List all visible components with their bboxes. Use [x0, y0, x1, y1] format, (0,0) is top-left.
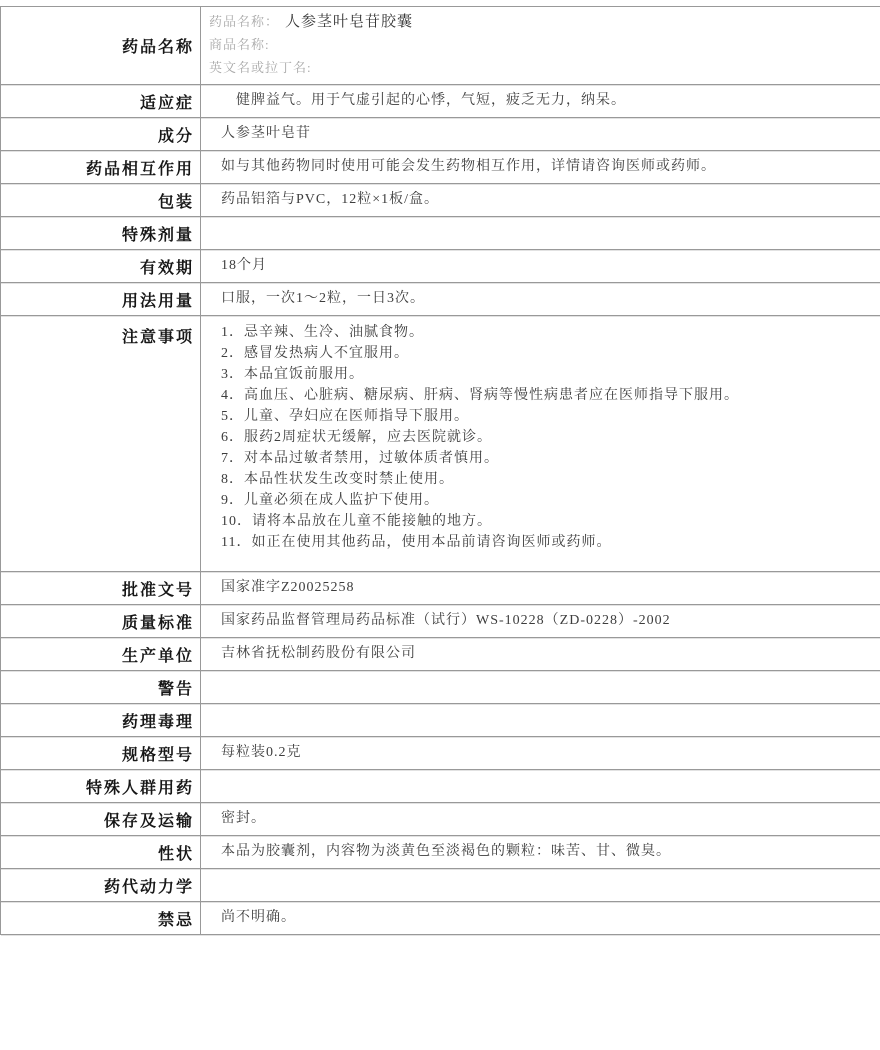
- value-description: 本品为胶囊剂，内容物为淡黄色至淡褐色的颗粒：味苦、甘、微臭。: [201, 836, 880, 869]
- table-row-manufacturer: 生产单位 吉林省抚松制药股份有限公司: [1, 638, 880, 671]
- precaution-item: 4．高血压、心脏病、糖尿病、肝病、肾病等慢性病患者应在医师指导下服用。: [221, 385, 870, 406]
- value-drug-name: 药品名称：人参茎叶皂苷胶囊 商品名称: 英文名或拉丁名:: [201, 7, 880, 85]
- label-precautions: 注意事项: [1, 316, 201, 572]
- value-pharmacokinetics: [201, 869, 880, 902]
- label-quality-standard: 质量标准: [1, 605, 201, 638]
- precaution-item: 6．服药2周症状无缓解，应去医院就诊。: [221, 427, 870, 448]
- english-name-field-label: 英文名或拉丁名:: [209, 60, 312, 75]
- label-pharmacokinetics: 药代动力学: [1, 869, 201, 902]
- english-name-line: 英文名或拉丁名:: [209, 57, 870, 80]
- label-approval-number: 批准文号: [1, 572, 201, 605]
- value-quality-standard: 国家药品监督管理局药品标准（试行）WS-10228（ZD-0228）-2002: [201, 605, 880, 638]
- label-contraindications: 禁忌: [1, 902, 201, 935]
- table-row-special-dosage: 特殊剂量: [1, 217, 880, 250]
- table-row-indications: 适应症 健脾益气。用于气虚引起的心悸，气短，疲乏无力，纳呆。: [1, 85, 880, 118]
- precaution-item: 11．如正在使用其他药品，使用本品前请咨询医师或药师。: [221, 532, 870, 553]
- precaution-item: 7．对本品过敏者禁用，过敏体质者慎用。: [221, 448, 870, 469]
- label-pharmacology: 药理毒理: [1, 704, 201, 737]
- label-warnings: 警告: [1, 671, 201, 704]
- table-row-pharmacokinetics: 药代动力学: [1, 869, 880, 902]
- table-row-warnings: 警告: [1, 671, 880, 704]
- table-row-pharmacology: 药理毒理: [1, 704, 880, 737]
- value-precautions: 1．忌辛辣、生冷、油腻食物。 2．感冒发热病人不宜服用。 3．本品宜饭前服用。 …: [201, 316, 880, 572]
- table-row-precautions: 注意事项 1．忌辛辣、生冷、油腻食物。 2．感冒发热病人不宜服用。 3．本品宜饭…: [1, 316, 880, 572]
- precaution-item: 9．儿童必须在成人监护下使用。: [221, 490, 870, 511]
- precaution-item: 5．儿童、孕妇应在医师指导下服用。: [221, 406, 870, 427]
- label-specification: 规格型号: [1, 737, 201, 770]
- table-row-approval-number: 批准文号 国家准字Z20025258: [1, 572, 880, 605]
- value-interactions: 如与其他药物同时使用可能会发生药物相互作用，详情请咨询医师或药师。: [201, 151, 880, 184]
- value-special-populations: [201, 770, 880, 803]
- label-dosage: 用法用量: [1, 283, 201, 316]
- value-warnings: [201, 671, 880, 704]
- drug-name-text: 人参茎叶皂苷胶囊: [285, 14, 413, 30]
- precaution-item: 10．请将本品放在儿童不能接触的地方。: [221, 511, 870, 532]
- value-ingredients: 人参茎叶皂苷: [201, 118, 880, 151]
- precaution-item: 1．忌辛辣、生冷、油腻食物。: [221, 322, 870, 343]
- label-description: 性状: [1, 836, 201, 869]
- table-row-dosage: 用法用量 口服，一次1～2粒，一日3次。: [1, 283, 880, 316]
- label-interactions: 药品相互作用: [1, 151, 201, 184]
- label-packaging: 包装: [1, 184, 201, 217]
- label-special-populations: 特殊人群用药: [1, 770, 201, 803]
- value-specification: 每粒装0.2克: [201, 737, 880, 770]
- value-shelf-life: 18个月: [201, 250, 880, 283]
- label-drug-name: 药品名称: [1, 7, 201, 85]
- brand-name-line: 商品名称:: [209, 34, 870, 57]
- brand-name-field-label: 商品名称:: [209, 37, 270, 52]
- value-pharmacology: [201, 704, 880, 737]
- label-manufacturer: 生产单位: [1, 638, 201, 671]
- label-storage: 保存及运输: [1, 803, 201, 836]
- table-row-storage: 保存及运输 密封。: [1, 803, 880, 836]
- table-row-interactions: 药品相互作用 如与其他药物同时使用可能会发生药物相互作用，详情请咨询医师或药师。: [1, 151, 880, 184]
- table-row-specification: 规格型号 每粒装0.2克: [1, 737, 880, 770]
- label-special-dosage: 特殊剂量: [1, 217, 201, 250]
- table-row-ingredients: 成分 人参茎叶皂苷: [1, 118, 880, 151]
- label-indications: 适应症: [1, 85, 201, 118]
- table-row-quality-standard: 质量标准 国家药品监督管理局药品标准（试行）WS-10228（ZD-0228）-…: [1, 605, 880, 638]
- value-manufacturer: 吉林省抚松制药股份有限公司: [201, 638, 880, 671]
- table-row-description: 性状 本品为胶囊剂，内容物为淡黄色至淡褐色的颗粒：味苦、甘、微臭。: [1, 836, 880, 869]
- value-dosage: 口服，一次1～2粒，一日3次。: [201, 283, 880, 316]
- value-storage: 密封。: [201, 803, 880, 836]
- value-packaging: 药品铝箔与PVC，12粒×1板/盒。: [201, 184, 880, 217]
- precaution-item: 3．本品宜饭前服用。: [221, 364, 870, 385]
- label-ingredients: 成分: [1, 118, 201, 151]
- value-indications: 健脾益气。用于气虚引起的心悸，气短，疲乏无力，纳呆。: [201, 85, 880, 118]
- drug-info-table: 药品名称 药品名称：人参茎叶皂苷胶囊 商品名称: 英文名或拉丁名: 适应症 健脾…: [0, 6, 880, 935]
- drug-name-line: 药品名称：人参茎叶皂苷胶囊: [209, 11, 870, 34]
- table-row-special-populations: 特殊人群用药: [1, 770, 880, 803]
- label-shelf-life: 有效期: [1, 250, 201, 283]
- precaution-item: 8．本品性状发生改变时禁止使用。: [221, 469, 870, 490]
- value-special-dosage: [201, 217, 880, 250]
- value-contraindications: 尚不明确。: [201, 902, 880, 935]
- drug-name-field-label: 药品名称：: [209, 14, 279, 29]
- value-approval-number: 国家准字Z20025258: [201, 572, 880, 605]
- precaution-item: 2．感冒发热病人不宜服用。: [221, 343, 870, 364]
- table-row-shelf-life: 有效期 18个月: [1, 250, 880, 283]
- table-row-contraindications: 禁忌 尚不明确。: [1, 902, 880, 935]
- table-row-drug-name: 药品名称 药品名称：人参茎叶皂苷胶囊 商品名称: 英文名或拉丁名:: [1, 7, 880, 85]
- table-row-packaging: 包装 药品铝箔与PVC，12粒×1板/盒。: [1, 184, 880, 217]
